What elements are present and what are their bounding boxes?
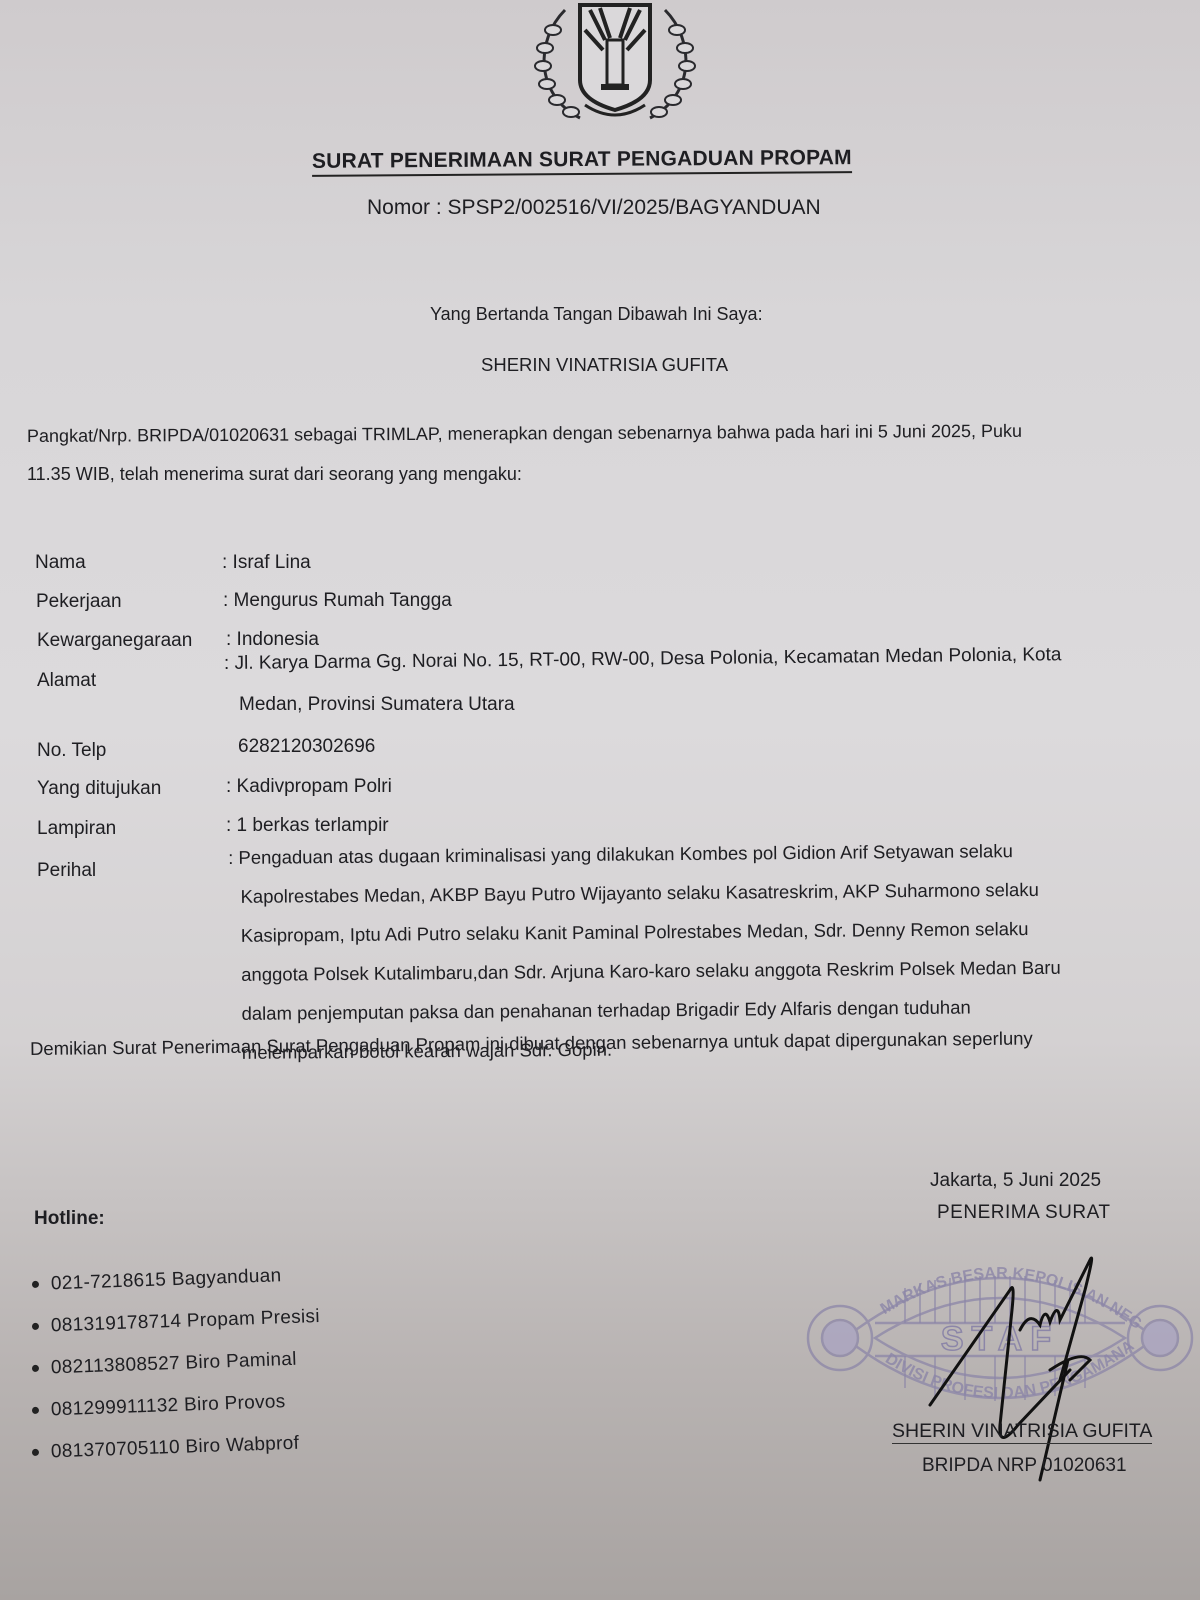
hotline-text: 081299911132 Biro Provos	[51, 1391, 286, 1420]
bullet-dot-icon	[32, 1323, 39, 1330]
hotline-text: 082113808527 Biro Paminal	[51, 1349, 297, 1379]
place-date: Jakarta, 5 Juni 2025	[930, 1170, 1101, 1192]
field-value-telp: 6282120302696	[238, 736, 375, 758]
field-label-nama: Nama	[35, 552, 86, 574]
field-label-perihal: Perihal	[37, 860, 96, 882]
statement-line-1: Pangkat/Nrp. BRIPDA/01020631 sebagai TRI…	[27, 421, 1022, 447]
field-value-alamat: : Jl. Karya Darma Gg. Norai No. 15, RT-0…	[224, 644, 1062, 675]
hotline-text: 021-7218615 Bagyanduan	[51, 1265, 282, 1294]
hotline-text: 081370705110 Biro Wabprof	[51, 1433, 300, 1463]
recipient-role: PENERIMA SURAT	[937, 1202, 1110, 1224]
document-title: SURAT PENERIMAAN SURAT PENGADUAN PROPAM	[312, 146, 852, 177]
field-value-nama: : Israf Lina	[222, 552, 311, 574]
field-label-ditujukan: Yang ditujukan	[37, 778, 161, 800]
field-label-pekerjaan: Pekerjaan	[36, 591, 122, 613]
bullet-dot-icon	[32, 1449, 39, 1456]
field-label-kewarganegaraan: Kewarganegaraan	[37, 630, 192, 652]
signer-name: SHERIN VINATRISIA GUFITA	[481, 354, 728, 376]
hotline-text: 081319178714 Propam Presisi	[51, 1306, 321, 1336]
hotline-heading: Hotline:	[34, 1208, 105, 1230]
hotline-item: 021-7218615 Bagyanduan	[32, 1265, 282, 1296]
field-value-lampiran: : 1 berkas terlampir	[226, 815, 389, 837]
bullet-dot-icon	[32, 1281, 39, 1288]
bullet-dot-icon	[32, 1407, 39, 1414]
hotline-item: 081299911132 Biro Provos	[32, 1391, 286, 1422]
police-emblem-icon	[525, 0, 705, 130]
statement-line-2: 11.35 WIB, telah menerima surat dari seo…	[27, 464, 522, 485]
hotline-item: 081319178714 Propam Presisi	[32, 1306, 321, 1338]
field-value-ditujukan: : Kadivpropam Polri	[226, 776, 392, 798]
hotline-item: 082113808527 Biro Paminal	[32, 1349, 297, 1380]
field-value-pekerjaan: : Mengurus Rumah Tangga	[223, 590, 452, 612]
field-label-telp: No. Telp	[37, 740, 106, 762]
document-number: Nomor : SPSP2/002516/VI/2025/BAGYANDUAN	[367, 196, 821, 220]
hotline-item: 081370705110 Biro Wabprof	[32, 1433, 300, 1464]
field-label-alamat: Alamat	[37, 670, 96, 692]
field-value-alamat-line2: Medan, Provinsi Sumatera Utara	[239, 694, 515, 716]
field-value-kewarganegaraan: : Indonesia	[226, 629, 319, 651]
document-page: SURAT PENERIMAAN SURAT PENGADUAN PROPAM …	[0, 0, 1200, 1600]
recipient-nrp: BRIPDA NRP 01020631	[922, 1455, 1127, 1477]
handwritten-signature	[920, 1250, 1140, 1490]
recipient-name: SHERIN VINATRISIA GUFITA	[892, 1420, 1152, 1444]
field-label-lampiran: Lampiran	[37, 818, 116, 840]
bullet-dot-icon	[32, 1365, 39, 1372]
intro-text: Yang Bertanda Tangan Dibawah Ini Saya:	[430, 304, 763, 325]
